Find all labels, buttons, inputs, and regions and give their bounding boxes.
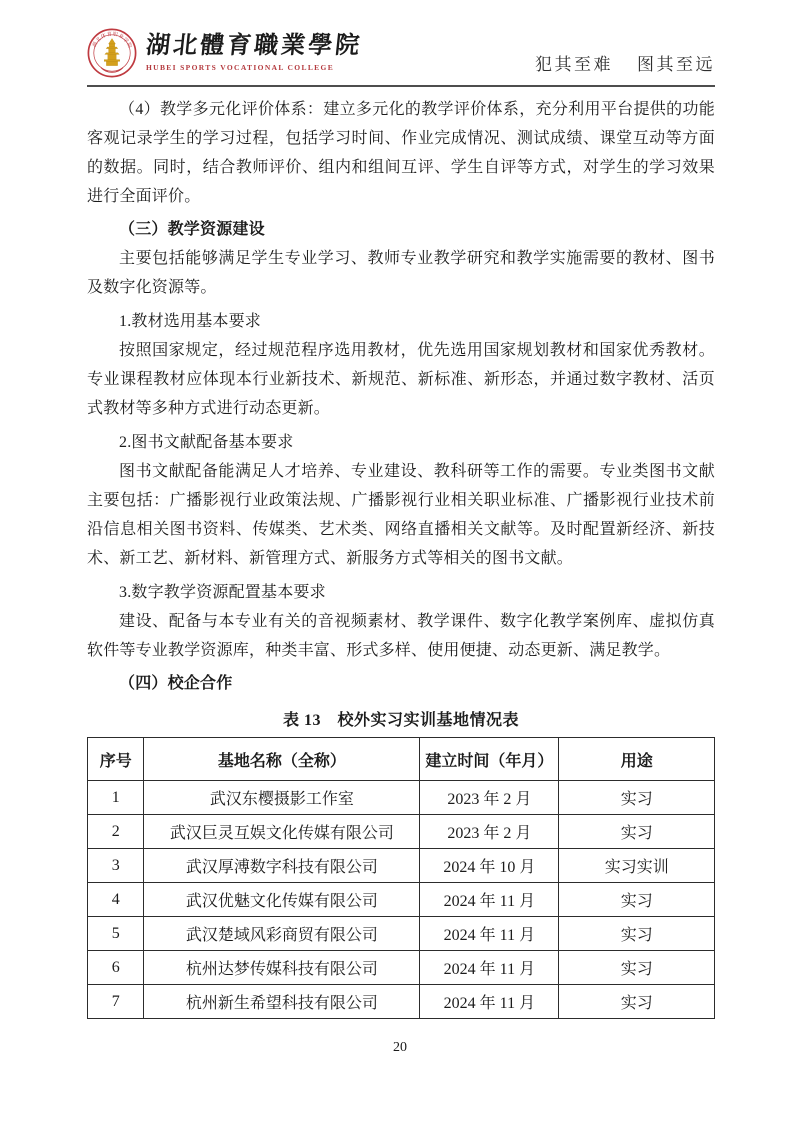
college-logo-icon: 湖北体育职业学院 — [87, 28, 137, 78]
table-cell: 2023 年 2 月 — [420, 815, 559, 849]
body-paragraph: 建设、配备与本专业有关的音视频素材、教学课件、数字化教学案例库、虚拟仿真软件等专… — [87, 607, 715, 665]
table-header-row: 序号基地名称（全称）建立时间（年月）用途 — [88, 738, 715, 781]
table-cell: 武汉厚溥数字科技有限公司 — [144, 849, 420, 883]
table-cell: 武汉巨灵互娱文化传媒有限公司 — [144, 815, 420, 849]
body-paragraph: （4）教学多元化评价体系：建立多元化的教学评价体系，充分利用平台提供的功能客观记… — [87, 95, 715, 211]
subsection-heading: 3.数字教学资源配置基本要求 — [87, 578, 715, 607]
college-name: 湖北體育職業學院 — [145, 34, 364, 59]
table-cell: 实习 — [559, 781, 715, 815]
table-cell: 3 — [88, 849, 144, 883]
college-brand: 湖北体育职业学院 湖北體育職業學院 — [87, 28, 362, 78]
page-number: 20 — [0, 1040, 800, 1056]
table-row: 6杭州达梦传媒科技有限公司2024 年 11 月实习 — [88, 951, 715, 985]
table-row: 2武汉巨灵互娱文化传媒有限公司2023 年 2 月实习 — [88, 815, 715, 849]
body-paragraph: 主要包括能够满足学生专业学习、教师专业教学研究和教学实施需要的教材、图书及数字化… — [87, 244, 715, 302]
table-cell: 实习 — [559, 917, 715, 951]
section-heading: （四）校企合作 — [87, 669, 715, 698]
training-bases-table: 序号基地名称（全称）建立时间（年月）用途 1武汉东樱摄影工作室2023 年 2 … — [87, 737, 715, 1019]
table-row: 1武汉东樱摄影工作室2023 年 2 月实习 — [88, 781, 715, 815]
table-cell: 5 — [88, 917, 144, 951]
table-cell: 2024 年 11 月 — [420, 917, 559, 951]
table-header-cell: 基地名称（全称） — [144, 738, 420, 781]
table-cell: 4 — [88, 883, 144, 917]
table-cell: 杭州新生希望科技有限公司 — [144, 985, 420, 1019]
page-header: 湖北体育职业学院 湖北體育職業學院 — [87, 26, 715, 87]
table-cell: 实习 — [559, 951, 715, 985]
table-cell: 武汉东樱摄影工作室 — [144, 781, 420, 815]
table-cell: 武汉楚域风彩商贸有限公司 — [144, 917, 420, 951]
table-cell: 2024 年 11 月 — [420, 985, 559, 1019]
table-cell: 实习 — [559, 883, 715, 917]
table-cell: 2024 年 10 月 — [420, 849, 559, 883]
document-body: （4）教学多元化评价体系：建立多元化的教学评价体系，充分利用平台提供的功能客观记… — [87, 95, 715, 698]
table-row: 5武汉楚域风彩商贸有限公司2024 年 11 月实习 — [88, 917, 715, 951]
header-divider — [87, 85, 715, 87]
table-cell: 实习实训 — [559, 849, 715, 883]
table-cell: 武汉优魅文化传媒有限公司 — [144, 883, 420, 917]
college-name-en: HUBEI SPORTS VOCATIONAL COLLEGE — [146, 63, 362, 72]
subsection-heading: 2.图书文献配备基本要求 — [87, 428, 715, 457]
motto-right: 图其至远 — [637, 55, 715, 74]
motto-left: 犯其至难 — [535, 55, 613, 74]
table-cell: 杭州达梦传媒科技有限公司 — [144, 951, 420, 985]
subsection-heading: 1.教材选用基本要求 — [87, 307, 715, 336]
table-cell: 2024 年 11 月 — [420, 951, 559, 985]
table-cell: 2 — [88, 815, 144, 849]
section-heading: （三）教学资源建设 — [87, 215, 715, 244]
table-header-cell: 序号 — [88, 738, 144, 781]
table-header-cell: 建立时间（年月） — [420, 738, 559, 781]
table-cell: 实习 — [559, 815, 715, 849]
body-paragraph: 图书文献配备能满足人才培养、专业建设、教科研等工作的需要。专业类图书文献主要包括… — [87, 457, 715, 573]
table-row: 3武汉厚溥数字科技有限公司2024 年 10 月实习实训 — [88, 849, 715, 883]
body-paragraph: 按照国家规定，经过规范程序选用教材，优先选用国家规划教材和国家优秀教材。专业课程… — [87, 336, 715, 423]
table-header-cell: 用途 — [559, 738, 715, 781]
table-row: 4武汉优魅文化传媒有限公司2024 年 11 月实习 — [88, 883, 715, 917]
table-cell: 1 — [88, 781, 144, 815]
table-title: 表 13 校外实习实训基地情况表 — [87, 707, 715, 730]
table-cell: 7 — [88, 985, 144, 1019]
document-page: 湖北体育职业学院 湖北體育職業學院 — [0, 0, 800, 1131]
table-cell: 6 — [88, 951, 144, 985]
table-cell: 2024 年 11 月 — [420, 883, 559, 917]
motto: 犯其至难图其至远 — [535, 50, 715, 78]
table-cell: 2023 年 2 月 — [420, 781, 559, 815]
table-cell: 实习 — [559, 985, 715, 1019]
table-row: 7杭州新生希望科技有限公司2024 年 11 月实习 — [88, 985, 715, 1019]
